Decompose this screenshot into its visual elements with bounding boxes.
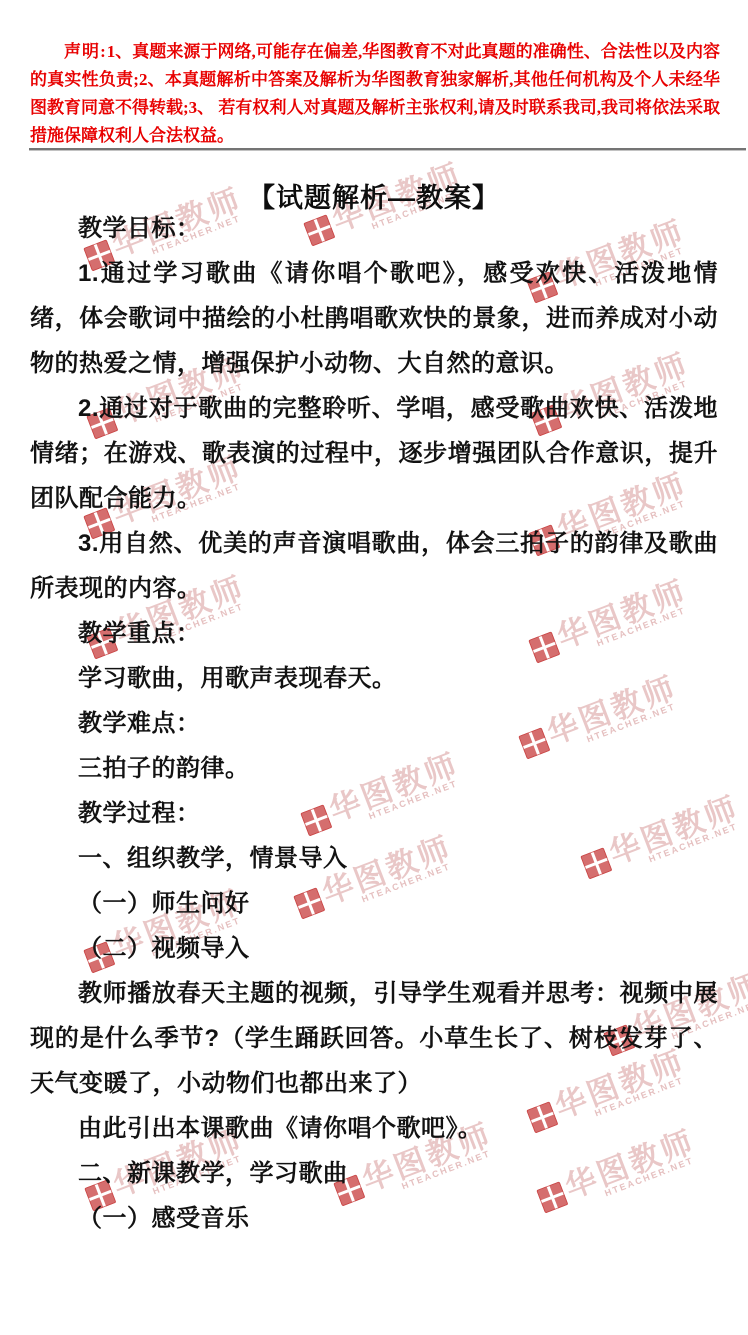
body-paragraph: 教学重点：	[30, 611, 718, 656]
body-paragraph: 由此引出本课歌曲《请你唱个歌吧》。	[30, 1106, 718, 1151]
body-paragraph: （一）感受音乐	[30, 1196, 718, 1241]
document-page: 华图教师HTEACHER.NET华图教师HTEACHER.NET华图教师HTEA…	[0, 0, 748, 1335]
body-paragraph: 教师播放春天主题的视频，引导学生观看并思考：视频中展现的是什么季节?（学生踊跃回…	[30, 971, 718, 1106]
body-paragraph: 教学过程：	[30, 791, 718, 836]
body-paragraph: 一、组织教学，情景导入	[30, 836, 718, 881]
body-paragraph: 学习歌曲，用歌声表现春天。	[30, 656, 718, 701]
disclaimer-text: 声明:1、真题来源于网络,可能存在偏差,华图教育不对此真题的准确性、合法性以及内…	[30, 38, 720, 150]
disclaimer-body: 1、真题来源于网络,可能存在偏差,华图教育不对此真题的准确性、合法性以及内容的真…	[30, 42, 720, 145]
body-paragraph: （二）视频导入	[30, 926, 718, 971]
body-paragraph: 1.通过学习歌曲《请你唱个歌吧》，感受欢快、活泼地情绪，体会歌词中描绘的小杜鹃唱…	[30, 251, 718, 386]
document-body: 教学目标：1.通过学习歌曲《请你唱个歌吧》，感受欢快、活泼地情绪，体会歌词中描绘…	[30, 206, 718, 1241]
body-paragraph: （一）师生问好	[30, 881, 718, 926]
body-paragraph: 三拍子的韵律。	[30, 746, 718, 791]
body-paragraph: 教学目标：	[30, 206, 718, 251]
body-paragraph: 3.用自然、优美的声音演唱歌曲，体会三拍子的韵律及歌曲所表现的内容。	[30, 521, 718, 611]
body-paragraph: 2.通过对于歌曲的完整聆听、学唱，感受歌曲欢快、活泼地情绪；在游戏、歌表演的过程…	[30, 386, 718, 521]
body-paragraph: 二、新课教学，学习歌曲	[30, 1151, 718, 1196]
body-paragraph: 教学难点：	[30, 701, 718, 746]
disclaimer-label: 声明:	[64, 42, 107, 61]
horizontal-divider	[29, 148, 746, 151]
